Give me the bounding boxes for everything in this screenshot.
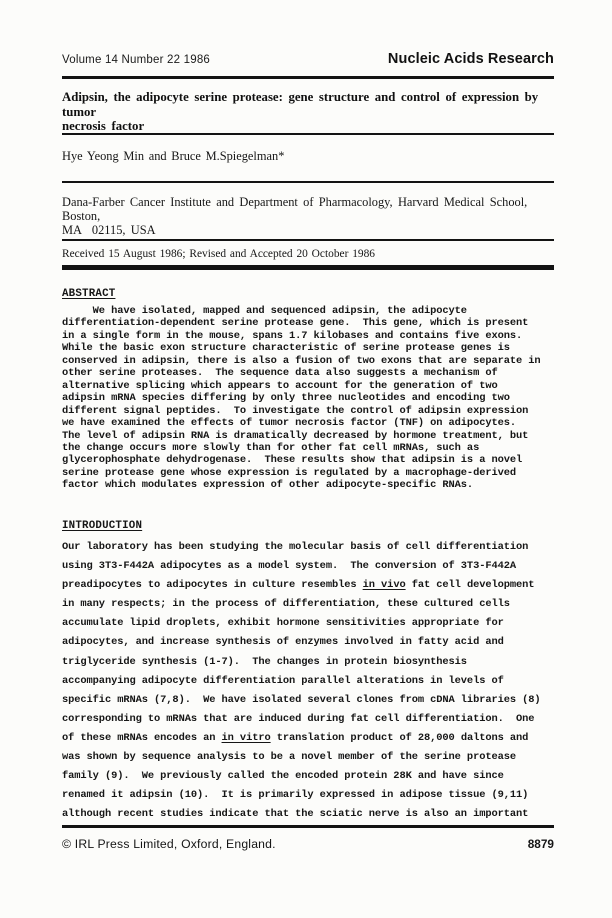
copyright-notice: © IRL Press Limited, Oxford, England. [62,837,276,851]
affiliation: Dana-Farber Cancer Institute and Departm… [62,196,558,237]
masthead: Volume 14 Number 22 1986 Nucleic Acids R… [62,51,554,67]
divider-footer [62,825,554,828]
footer: © IRL Press Limited, Oxford, England. 88… [62,837,554,851]
divider-received [62,265,554,270]
article-title: Adipsin, the adipocyte serine protease: … [62,90,558,134]
divider-affiliation [62,239,554,241]
author-line: Hye Yeong Min and Bruce M.Spiegelman* [62,149,554,164]
page-number: 8879 [528,837,554,851]
divider-header [62,76,554,79]
journal-page: Volume 14 Number 22 1986 Nucleic Acids R… [0,0,612,918]
abstract-heading: ABSTRACT [62,288,554,300]
received-dates: Received 15 August 1986; Revised and Acc… [62,248,554,260]
introduction-body: Our laboratory has been studying the mol… [62,538,560,824]
journal-name: Nucleic Acids Research [388,51,554,67]
divider-authors [62,181,554,183]
volume-issue-line: Volume 14 Number 22 1986 [62,54,210,66]
introduction-heading: INTRODUCTION [62,520,554,532]
abstract-body: We have isolated, mapped and sequenced a… [62,305,560,492]
divider-title [62,133,554,135]
